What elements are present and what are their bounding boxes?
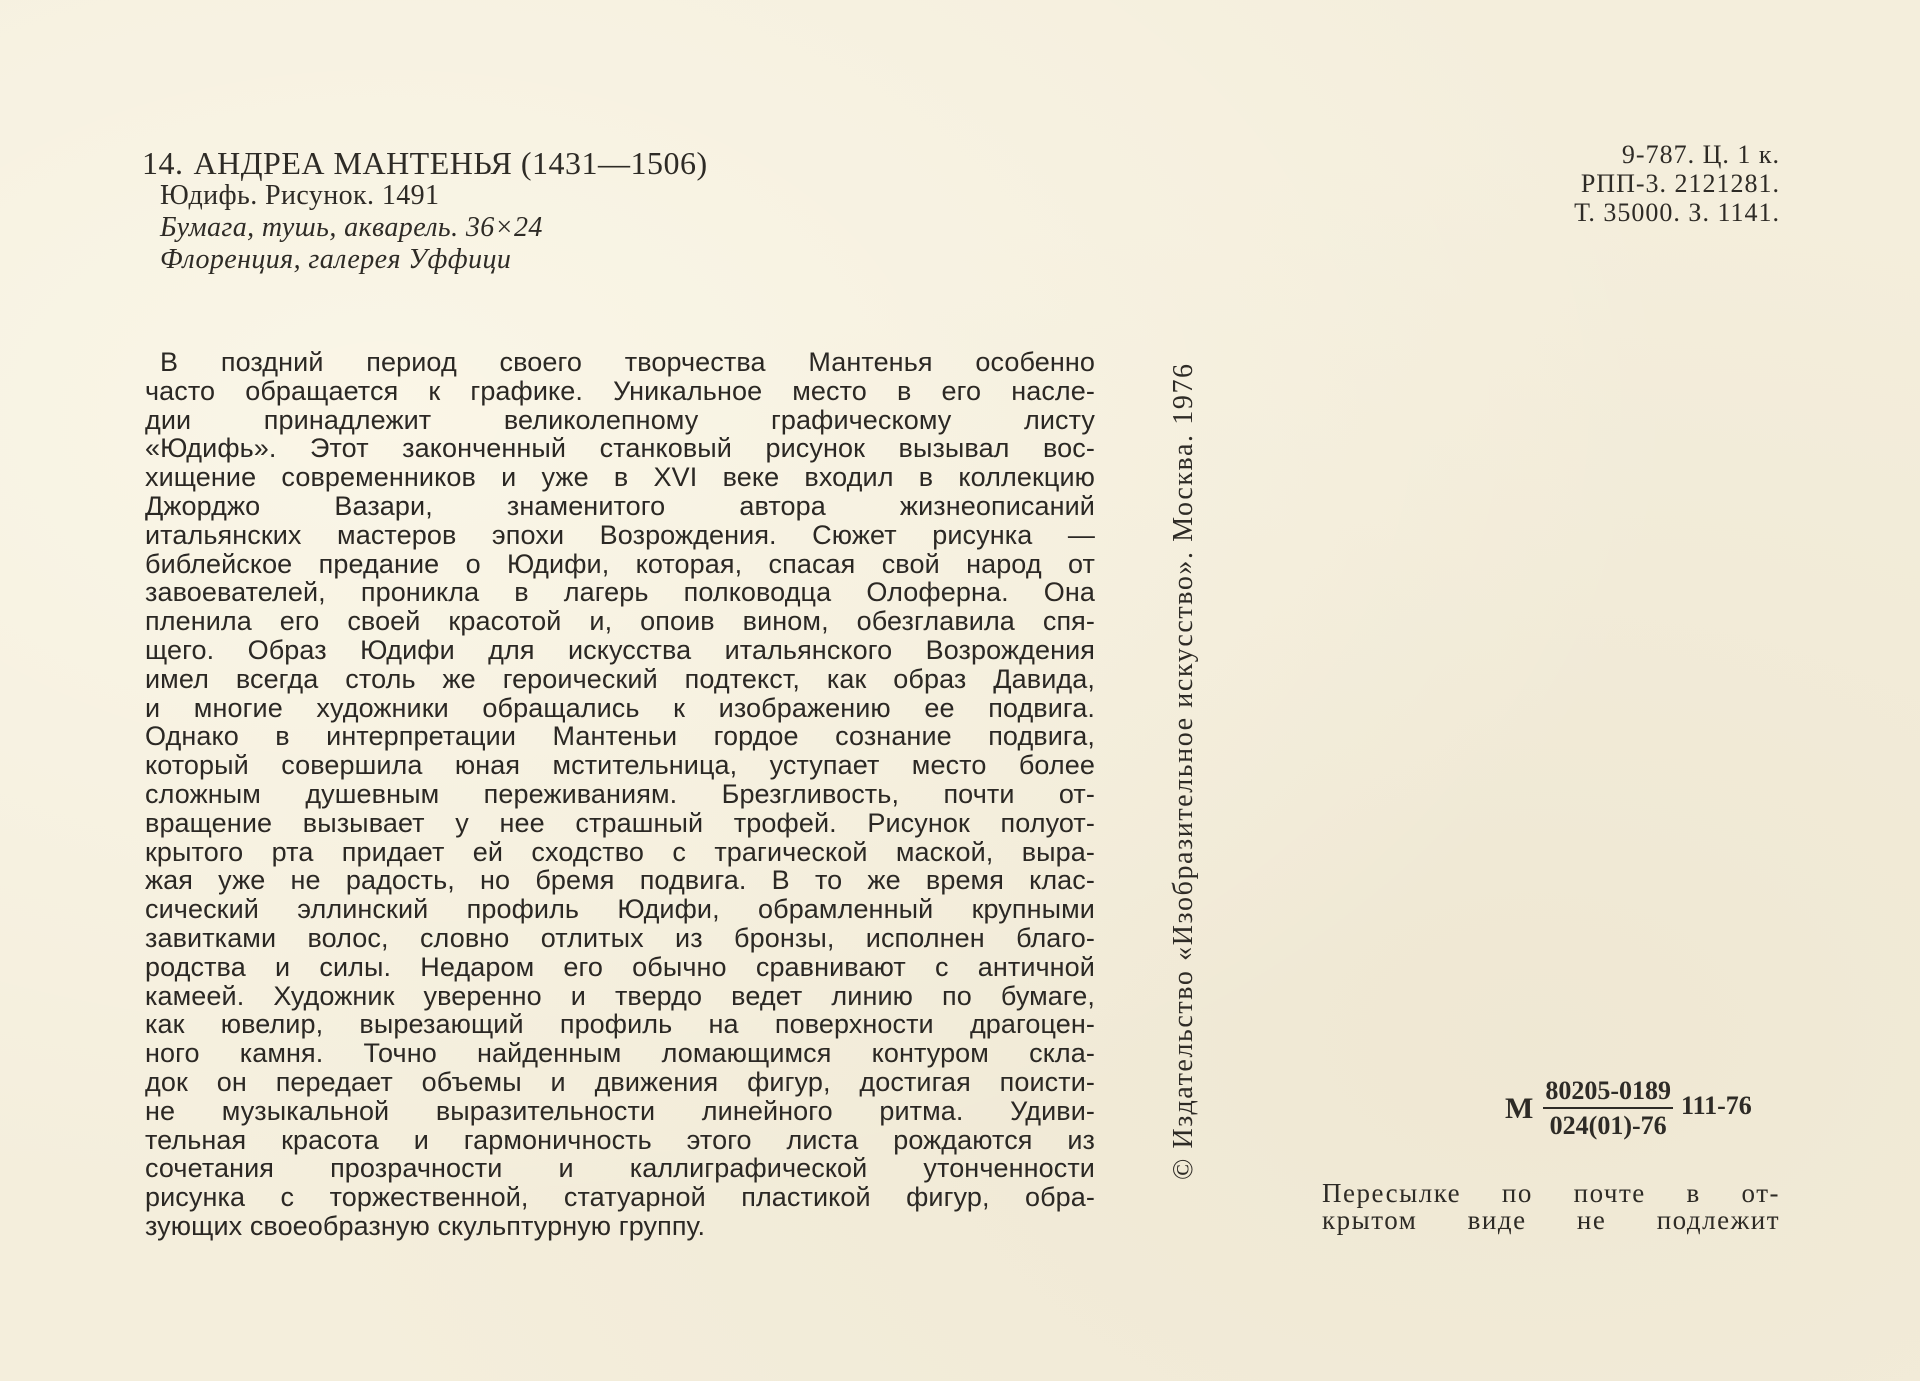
index-suffix: 111-76 [1681, 1091, 1752, 1121]
print-imprint: 9-787. Ц. 1 к. РПП-3. 2121281. Т. 35000.… [1574, 140, 1780, 227]
artist-heading: 14.АНДРЕА МАНТЕНЬЯ (1431—1506) [142, 146, 708, 180]
work-medium: Бумага, тушь, акварель. 36×24 [142, 212, 708, 244]
description-line: тельная красота и гармоничность этого ли… [145, 1126, 1095, 1155]
description-line: ного камня. Точно найденным ломающимся к… [145, 1039, 1095, 1068]
postal-notice-line: крытом виде не подлежит [1322, 1207, 1780, 1234]
index-numerator: 80205-0189 [1543, 1077, 1673, 1109]
description-line: крытого рта придает ей сходство с трагич… [145, 838, 1095, 867]
description-line: «Юдифь». Этот законченный станковый рису… [145, 434, 1095, 463]
description-line: сочетания прозрачности и каллиграфическо… [145, 1154, 1095, 1183]
description-line: Однако в интерпретации Мантеньи гордое с… [145, 722, 1095, 751]
description-line: который совершила юная мстительница, уст… [145, 751, 1095, 780]
description-line: имел всегда столь же героический подтекс… [145, 665, 1095, 694]
description-line: сический эллинский профиль Юдифи, обрамл… [145, 895, 1095, 924]
description-line: хищение современников и уже в XVI веке в… [145, 463, 1095, 492]
postal-notice: Пересылке по почте в от- крытом виде не … [1322, 1180, 1780, 1234]
index-prefix: М [1505, 1092, 1533, 1126]
description-line: зующих своеобразную скульптурную группу. [145, 1212, 1095, 1241]
description-line: дии принадлежит великолепному графическо… [145, 406, 1095, 435]
description-line: библейское предание о Юдифи, которая, сп… [145, 550, 1095, 579]
artwork-caption: 14.АНДРЕА МАНТЕНЬЯ (1431—1506) Юдифь. Ри… [142, 146, 708, 276]
postal-notice-line: Пересылке по почте в от- [1322, 1180, 1780, 1207]
work-location: Флоренция, галерея Уффици [142, 244, 708, 276]
description-line: камеей. Художник уверенно и твердо ведет… [145, 982, 1095, 1011]
card-number: 14. [142, 145, 184, 181]
description-line: док он передает объемы и движения фигур,… [145, 1068, 1095, 1097]
description-line: итальянских мастеров эпохи Возрождения. … [145, 521, 1095, 550]
artist-name: АНДРЕА МАНТЕНЬЯ (1431—1506) [194, 145, 708, 181]
description-line: вращение вызывает у нее страшный трофей.… [145, 809, 1095, 838]
catalog-index: М 80205-0189 024(01)-76 111-76 [1505, 1077, 1752, 1141]
publisher-credit: © Издательство «Изобразительное искусств… [1168, 362, 1200, 1180]
description-line: как ювелир, вырезающий профиль на поверх… [145, 1010, 1095, 1039]
description-line: щего. Образ Юдифи для искусства итальянс… [145, 636, 1095, 665]
description-line: пленила его своей красотой и, опоив вино… [145, 607, 1095, 636]
description-text: В поздний период своего творчества Манте… [145, 348, 1095, 1241]
imprint-printer: РПП-3. 2121281. [1574, 169, 1780, 198]
work-title: Юдифь. Рисунок. 1491 [142, 180, 708, 212]
description-line: рисунка с торжественной, статуарной плас… [145, 1183, 1095, 1212]
description-line: родства и силы. Недаром его обычно сравн… [145, 953, 1095, 982]
description-line: В поздний период своего творчества Манте… [145, 348, 1095, 377]
description-line: Джорджо Вазари, знаменитого автора жизне… [145, 492, 1095, 521]
description-line: не музыкальной выразительности линейного… [145, 1097, 1095, 1126]
description-line: сложным душевным переживаниям. Брезгливо… [145, 780, 1095, 809]
description-line: завоевателей, проникла в лагерь полковод… [145, 578, 1095, 607]
imprint-run: Т. 35000. З. 1141. [1574, 198, 1780, 227]
description-line: жая уже не радость, но бремя подвига. В … [145, 866, 1095, 895]
description-line: часто обращается к графике. Уникальное м… [145, 377, 1095, 406]
description-line: и многие художники обращались к изображе… [145, 694, 1095, 723]
index-fraction: 80205-0189 024(01)-76 [1543, 1077, 1673, 1141]
imprint-price: 9-787. Ц. 1 к. [1574, 140, 1780, 169]
description-line: завитками волос, словно отлитых из бронз… [145, 924, 1095, 953]
index-denominator: 024(01)-76 [1550, 1109, 1667, 1141]
